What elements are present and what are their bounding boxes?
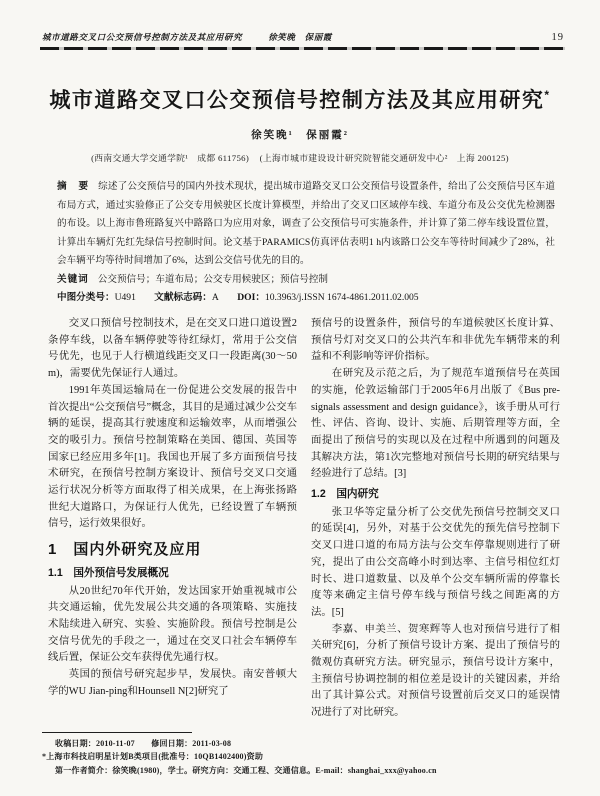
body-columns: 交叉口预信号控制技术，是在交叉口进口道设置2条停车线，以备车辆停驶等待红绿灯，常… <box>48 316 560 730</box>
affiliations-line: (西南交通大学交通学院¹ 成都 611756) (上海市城市建设设计研究院智能交… <box>0 151 600 164</box>
paragraph: 从20世纪70年代开始，发达国家开始重视城市公共交通运输，优先发展公共交通的各项… <box>48 584 297 668</box>
funding-note: *上海市科技启明星计划B类项目(批准号：10QB1402400)资助 <box>42 750 564 763</box>
abstract-label: 摘 要 <box>57 181 89 192</box>
section-heading-1-2: 1.2 国内研究 <box>311 486 560 503</box>
affiliation-1: (西南交通大学交通学院¹ 成都 611756) <box>91 153 249 163</box>
header-rule <box>40 47 565 50</box>
keywords-text: 公交预信号；车道布局；公交专用候驶区；预信号控制 <box>98 274 328 285</box>
first-author-bio: 第一作者简介：徐笑晚(1980)，学士。研究方向：交通工程、交通信息。E-mai… <box>42 764 564 777</box>
footnote-separator <box>42 732 192 733</box>
abstract-text: 综述了公交预信号的国内外技术现状，提出城市道路交叉口公交预信号设置条件，给出了公… <box>57 181 555 266</box>
received-dates: 收稿日期：2010-11-07 修回日期：2011-03-08 <box>42 737 564 750</box>
frontmatter: 摘 要综述了公交预信号的国内外技术现状，提出城市道路交叉口公交预信号设置条件，给… <box>57 178 555 308</box>
keywords-label: 关键词 <box>57 274 89 285</box>
abstract: 摘 要综述了公交预信号的国内外技术现状，提出城市道路交叉口公交预信号设置条件，给… <box>57 178 555 271</box>
doi-group: DOI：10.3963/j.ISSN 1674-4861.2011.02.005 <box>237 292 418 303</box>
paragraph: 张卫华等定量分析了公交优先预信号控制交叉口的延误[4]，另外，对基于公交优先的预… <box>311 505 560 622</box>
paragraph: 李嘉、申美兰、贺寒辉等人也对预信号进行了相关研究[6]，分析了预信号设计方案、提… <box>311 622 560 722</box>
section-heading-1: 1 国内外研究及应用 <box>48 542 297 559</box>
keywords: 关键词公交预信号；车道布局；公交专用候驶区；预信号控制 <box>57 271 555 290</box>
article-title-text: 城市道路交叉口公交预信号控制方法及其应用研究 <box>49 89 544 112</box>
authors-line: 徐笑晚¹ 保丽霞² <box>0 127 600 142</box>
left-column: 交叉口预信号控制技术，是在交叉口进口道设置2条停车线，以备车辆停驶等待红绿灯，常… <box>48 316 297 730</box>
footnote-block: 收稿日期：2010-11-07 修回日期：2011-03-08 *上海市科技启明… <box>42 737 564 777</box>
journal-page: 城市道路交叉口公交预信号控制方法及其应用研究 徐笑晚 保丽霞 19 城市道路交叉… <box>0 0 600 796</box>
paragraph: 交叉口预信号控制技术，是在交叉口进口道设置2条停车线，以备车辆停驶等待红绿灯，常… <box>48 316 297 383</box>
clc-value: U491 <box>115 292 136 303</box>
article-title: 城市道路交叉口公交预信号控制方法及其应用研究* <box>0 84 600 114</box>
paragraph-continuation: 预信号的设置条件，预信号的车道候驶区长度计算、预信号灯对交叉口的公共汽车和非优先… <box>311 316 560 366</box>
doi-label: DOI： <box>237 292 265 303</box>
page-number: 19 <box>552 32 565 43</box>
clc-label: 中图分类号： <box>57 292 115 303</box>
running-authors: 徐笑晚 保丽霞 <box>268 31 551 43</box>
right-column: 预信号的设置条件，预信号的车道候驶区长度计算、预信号灯对交叉口的公共汽车和非优先… <box>311 316 560 730</box>
doi-value: 10.3963/j.ISSN 1674-4861.2011.02.005 <box>265 292 419 303</box>
paragraph: 1991年英国运输局在一份促进公交发展的报告中首次提出“公交预信号”概念，其目的… <box>48 383 297 533</box>
classification-line: 中图分类号：U491 文献标志码：A DOI：10.3963/j.ISSN 16… <box>57 289 555 308</box>
title-footnote-marker: * <box>544 88 550 102</box>
paragraph: 英国的预信号研究起步早，发展快。南安普顿大学的WU Jian-ping和Houn… <box>48 667 297 700</box>
clc-group: 中图分类号：U491 <box>57 292 136 303</box>
doc-code-value: A <box>212 292 219 303</box>
running-title: 城市道路交叉口公交预信号控制方法及其应用研究 <box>42 31 242 43</box>
doc-code-group: 文献标志码：A <box>154 292 219 303</box>
section-heading-1-1: 1.1 国外预信号发展概况 <box>48 565 297 582</box>
affiliation-2: (上海市城市建设设计研究院智能交通研发中心² 上海 200125) <box>260 153 509 163</box>
running-header: 城市道路交叉口公交预信号控制方法及其应用研究 徐笑晚 保丽霞 19 <box>42 31 564 43</box>
doc-code-label: 文献标志码： <box>154 292 212 303</box>
paragraph: 在研究及示范之后，为了规范车道预信号在英国的实施，伦敦运输部门于2005年6月出… <box>311 366 560 483</box>
